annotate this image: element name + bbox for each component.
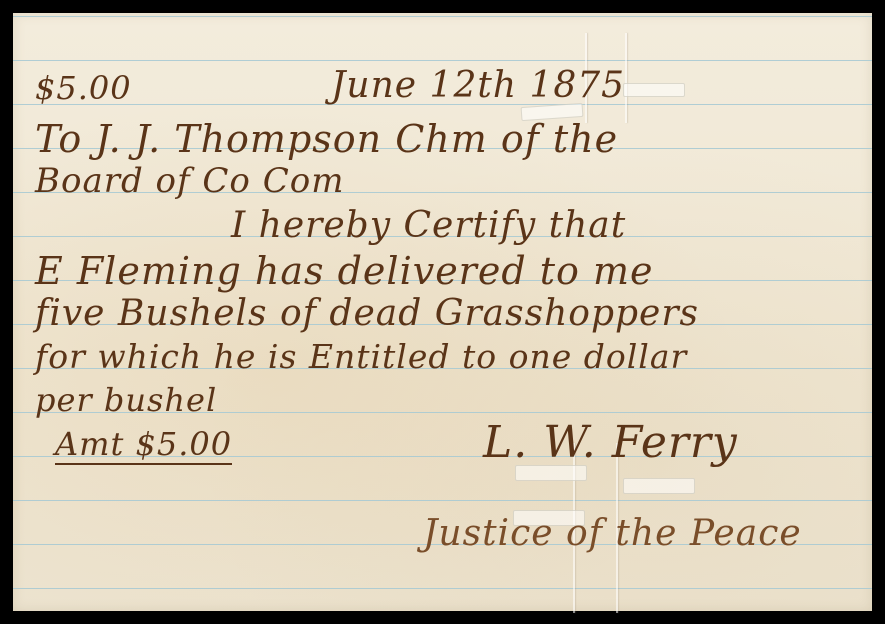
header-date: June 12th 1875 xyxy=(331,65,625,106)
body-line-5: per bushel xyxy=(35,381,217,419)
signature: L. W. Ferry xyxy=(483,417,738,468)
addressee-line-1: To J. J. Thompson Chm of the xyxy=(35,117,618,161)
body-line-1: I hereby Certify that xyxy=(231,205,626,246)
document-paper: $5.00 June 12th 1875 To J. J. Thompson C… xyxy=(13,13,872,611)
header-amount: $5.00 xyxy=(35,69,132,107)
body-line-3: five Bushels of dead Grasshoppers xyxy=(35,293,699,334)
body-line-2: E Fleming has delivered to me xyxy=(35,249,653,293)
ruled-line xyxy=(13,60,872,61)
paper-crease xyxy=(625,33,627,123)
signature-title: Justice of the Peace xyxy=(423,513,802,554)
ruled-line xyxy=(13,500,872,501)
ruled-line xyxy=(13,16,872,17)
footer-amount: Amt $5.00 xyxy=(55,425,232,465)
tape-tab xyxy=(623,83,685,97)
ruled-line xyxy=(13,588,872,589)
body-line-4: for which he is Entitled to one dollar xyxy=(35,337,687,376)
tape-tab xyxy=(623,478,695,494)
addressee-line-2: Board of Co Com xyxy=(35,161,344,201)
